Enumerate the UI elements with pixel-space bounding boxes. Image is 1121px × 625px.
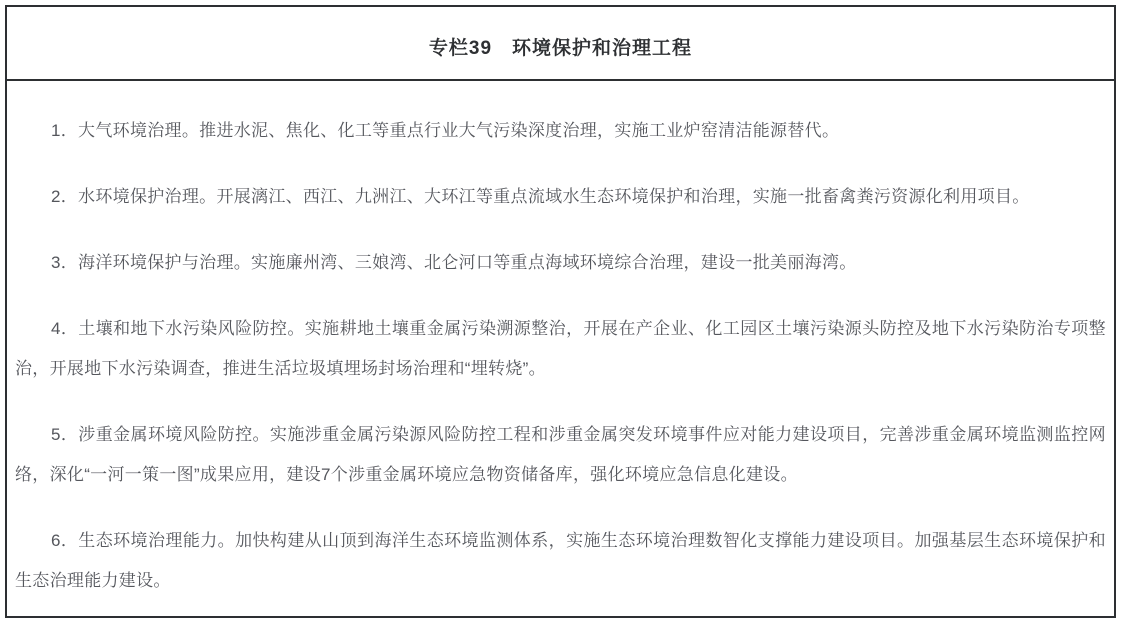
- list-item-6: 6．生态环境治理能力。加快构建从山顶到海洋生态环境监测体系，实施生态环境治理数智…: [15, 521, 1106, 601]
- panel-title: 专栏39 环境保护和治理工程: [429, 27, 692, 60]
- list-item-2: 2．水环境保护治理。开展漓江、西江、九洲江、大环江等重点流域水生态环境保护和治理…: [15, 177, 1106, 217]
- list-item-1: 1．大气环境治理。推进水泥、焦化、化工等重点行业大气污染深度治理，实施工业炉窑清…: [15, 111, 1106, 151]
- column-panel: 专栏39 环境保护和治理工程 1．大气环境治理。推进水泥、焦化、化工等重点行业大…: [5, 5, 1116, 618]
- list-item-3: 3．海洋环境保护与治理。实施廉州湾、三娘湾、北仑河口等重点海域环境综合治理，建设…: [15, 243, 1106, 283]
- document-page: 专栏39 环境保护和治理工程 1．大气环境治理。推进水泥、焦化、化工等重点行业大…: [0, 0, 1121, 625]
- panel-header: 专栏39 环境保护和治理工程: [7, 7, 1114, 81]
- panel-body: 1．大气环境治理。推进水泥、焦化、化工等重点行业大气污染深度治理，实施工业炉窑清…: [7, 111, 1114, 617]
- list-item-4: 4．土壤和地下水污染风险防控。实施耕地土壤重金属污染溯源整治，开展在产企业、化工…: [15, 309, 1106, 389]
- list-item-5: 5．涉重金属环境风险防控。实施涉重金属污染源风险防控工程和涉重金属突发环境事件应…: [15, 415, 1106, 495]
